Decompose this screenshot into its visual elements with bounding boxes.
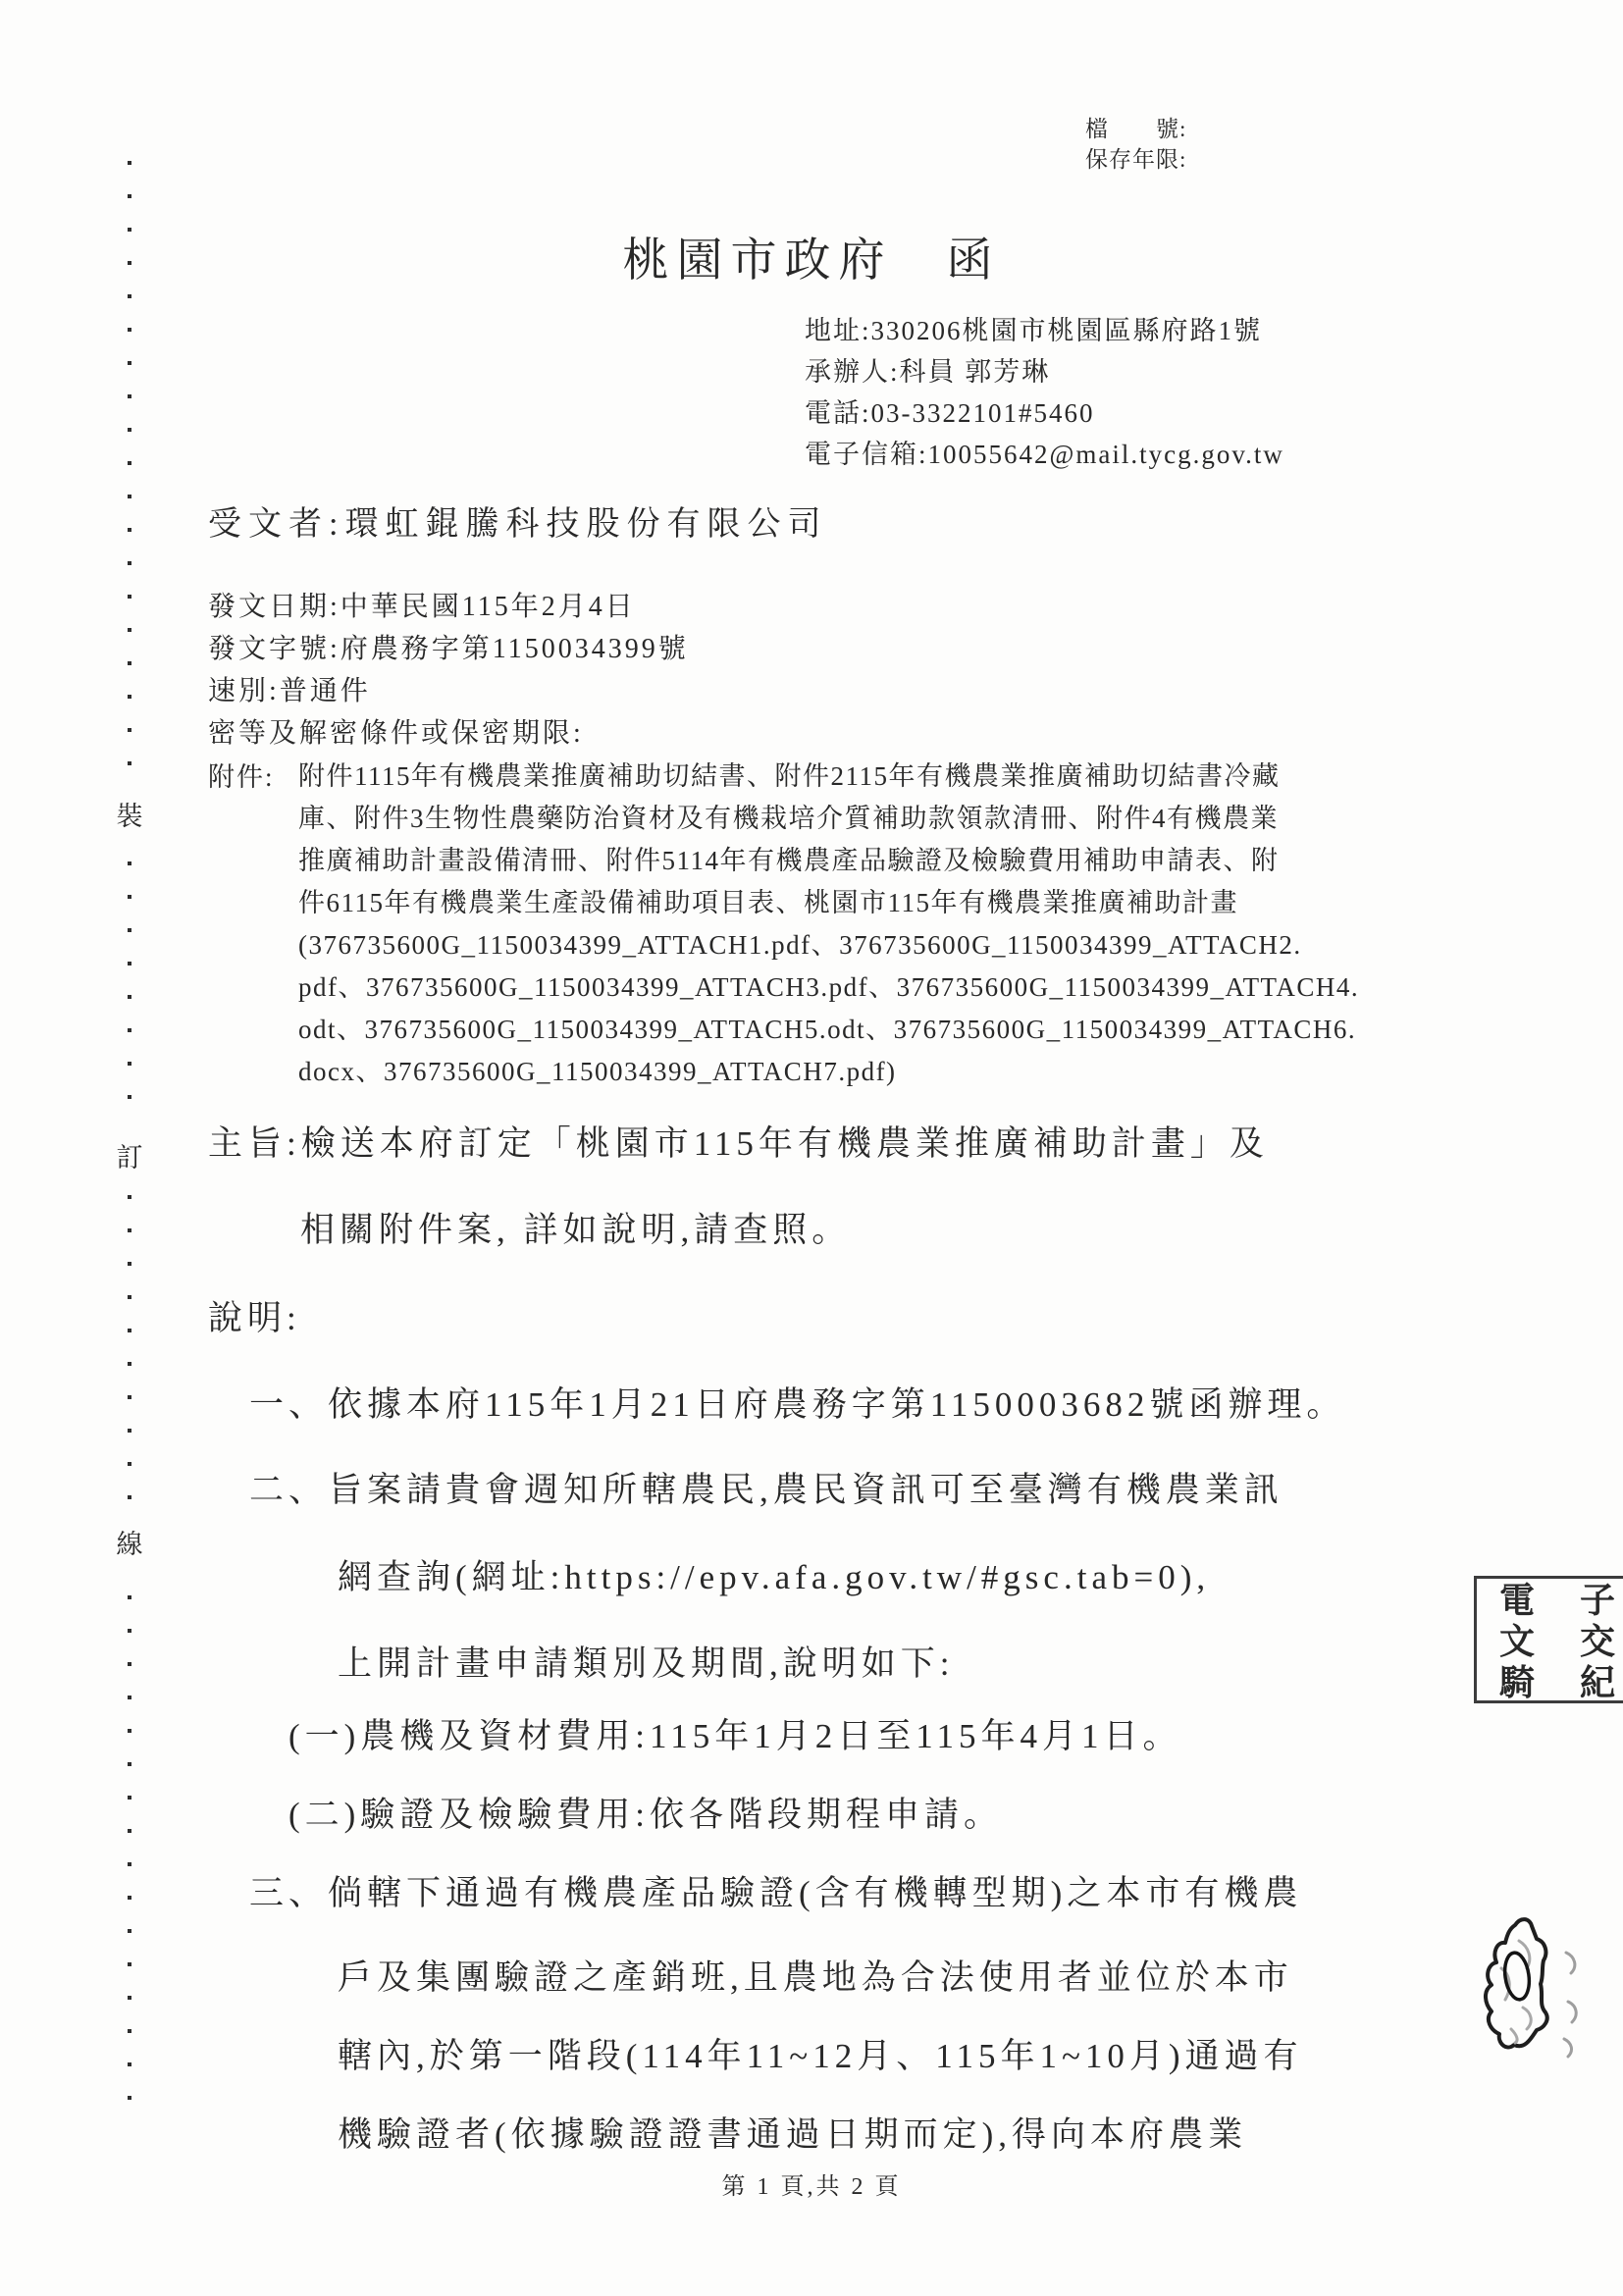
attachment-line: 件6115年有機農業生產設備補助項目表、桃園市115年有機農業推廣補助計畫: [298, 882, 1515, 924]
document-meta-block: 發文日期:中華民國115年2月4日 發文字號:府農務字第1150034399號 …: [208, 586, 689, 755]
sender-contact-person: 承辦人:科員 郭芳琳: [805, 351, 1284, 392]
document-page: 裝 訂 線 檔 號: 保存年限: 桃園市政府 函 地址:330206桃園市桃園區…: [0, 0, 1623, 2296]
recipient-line: 受文者:環虹錕騰科技股份有限公司: [208, 496, 827, 545]
seal-outer-outline: [1486, 1919, 1547, 2047]
explanation-item-1: 一、依據本府115年1月21日府農務字第1150003682號函辦理。: [249, 1378, 1345, 1427]
explanation-item-3-line-3: 轄內,於第一階段(114年11~12月、115年1~10月)通過有: [338, 2029, 1303, 2078]
attachment-line: odt、376735600G_1150034399_ATTACH5.odt、37…: [298, 1009, 1515, 1051]
attachment-line: docx、376735600G_1150034399_ATTACH7.pdf): [298, 1051, 1515, 1093]
attachment-line: pdf、376735600G_1150034399_ATTACH3.pdf、37…: [298, 966, 1515, 1009]
page-indicator: 第 1 頁,共 2 頁: [0, 2166, 1623, 2201]
priority: 速別:普通件: [208, 670, 689, 712]
security-classification: 密等及解密條件或保密期限:: [208, 712, 689, 755]
subject-line-2: 相關附件案, 詳如說明,請查照。: [300, 1203, 851, 1252]
attachment-line: 推廣補助計畫設備清冊、附件5114年有機農產品驗證及檢驗費用補助申請表、附: [298, 840, 1515, 882]
binding-mark-ding: 訂: [110, 1126, 149, 1184]
stamp-left-column: 電 文 騎: [1477, 1579, 1557, 1700]
explanation-item-3-line-4: 機驗證者(依據驗證證書通過日期而定),得向本府農業: [338, 2108, 1247, 2157]
attachment-line: (376735600G_1150034399_ATTACH1.pdf、37673…: [298, 924, 1515, 966]
explanation-label: 說明:: [208, 1291, 301, 1340]
attachment-line: 附件1115年有機農業推廣補助切結書、附件2115年有機農業推廣補助切結書冷藏: [298, 756, 1515, 798]
file-number-label: 檔 號:: [1085, 114, 1186, 144]
seal-right-fragments: [1564, 1953, 1576, 2057]
retention-period-label: 保存年限:: [1085, 144, 1186, 175]
file-number-block: 檔 號: 保存年限:: [1085, 114, 1186, 175]
stamp-right-column: 子 交 紀: [1557, 1579, 1623, 1700]
attachment-list: 附件1115年有機農業推廣補助切結書、附件2115年有機農業推廣補助切結書冷藏 …: [298, 756, 1515, 1093]
subject-line-1: 主旨:檢送本府訂定「桃園市115年有機農業推廣補助計畫」及: [208, 1117, 1269, 1166]
explanation-item-2-sub-2: (二)驗證及檢驗費用:依各階段期程申請。: [288, 1788, 1003, 1837]
electronic-exchange-stamp: 電 文 騎 子 交 紀: [1474, 1576, 1623, 1703]
sender-info-block: 地址:330206桃園市桃園區縣府路1號 承辦人:科員 郭芳琳 電話:03-33…: [805, 310, 1284, 475]
sender-address: 地址:330206桃園市桃園區縣府路1號: [805, 310, 1284, 351]
perforation-seal-icon: [1468, 1911, 1605, 2098]
sender-email: 電子信箱:10055642@mail.tycg.gov.tw: [805, 434, 1284, 475]
sender-phone: 電話:03-3322101#5460: [805, 392, 1284, 434]
issue-date: 發文日期:中華民國115年2月4日: [208, 586, 689, 628]
attachment-label: 附件:: [208, 756, 275, 794]
explanation-item-2-line-1: 二、旨案請貴會週知所轄農民,農民資訊可至臺灣有機農業訊: [249, 1463, 1283, 1512]
explanation-item-2-line-2: 網查詢(網址:https://epv.afa.gov.tw/#gsc.tab=0…: [338, 1550, 1210, 1599]
explanation-item-2-sub-1: (一)農機及資材費用:115年1月2日至115年4月1日。: [288, 1709, 1181, 1758]
document-title: 桃園市政府 函: [0, 224, 1623, 289]
issue-number: 發文字號:府農務字第1150034399號: [208, 628, 689, 670]
binding-mark-zhuang: 裝: [110, 785, 149, 843]
attachment-line: 庫、附件3生物性農藥防治資材及有機栽培介質補助款領款清冊、附件4有機農業: [298, 798, 1515, 840]
explanation-item-3-line-2: 戶及集團驗證之產銷班,且農地為合法使用者並位於本市: [338, 1951, 1293, 2000]
explanation-item-2-line-3: 上開計畫申請類別及期間,說明如下:: [338, 1637, 954, 1686]
binding-mark-xian: 線: [110, 1513, 149, 1571]
explanation-item-3-line-1: 三、倘轄下通過有機農產品驗證(含有機轉型期)之本市有機農: [249, 1866, 1302, 1915]
